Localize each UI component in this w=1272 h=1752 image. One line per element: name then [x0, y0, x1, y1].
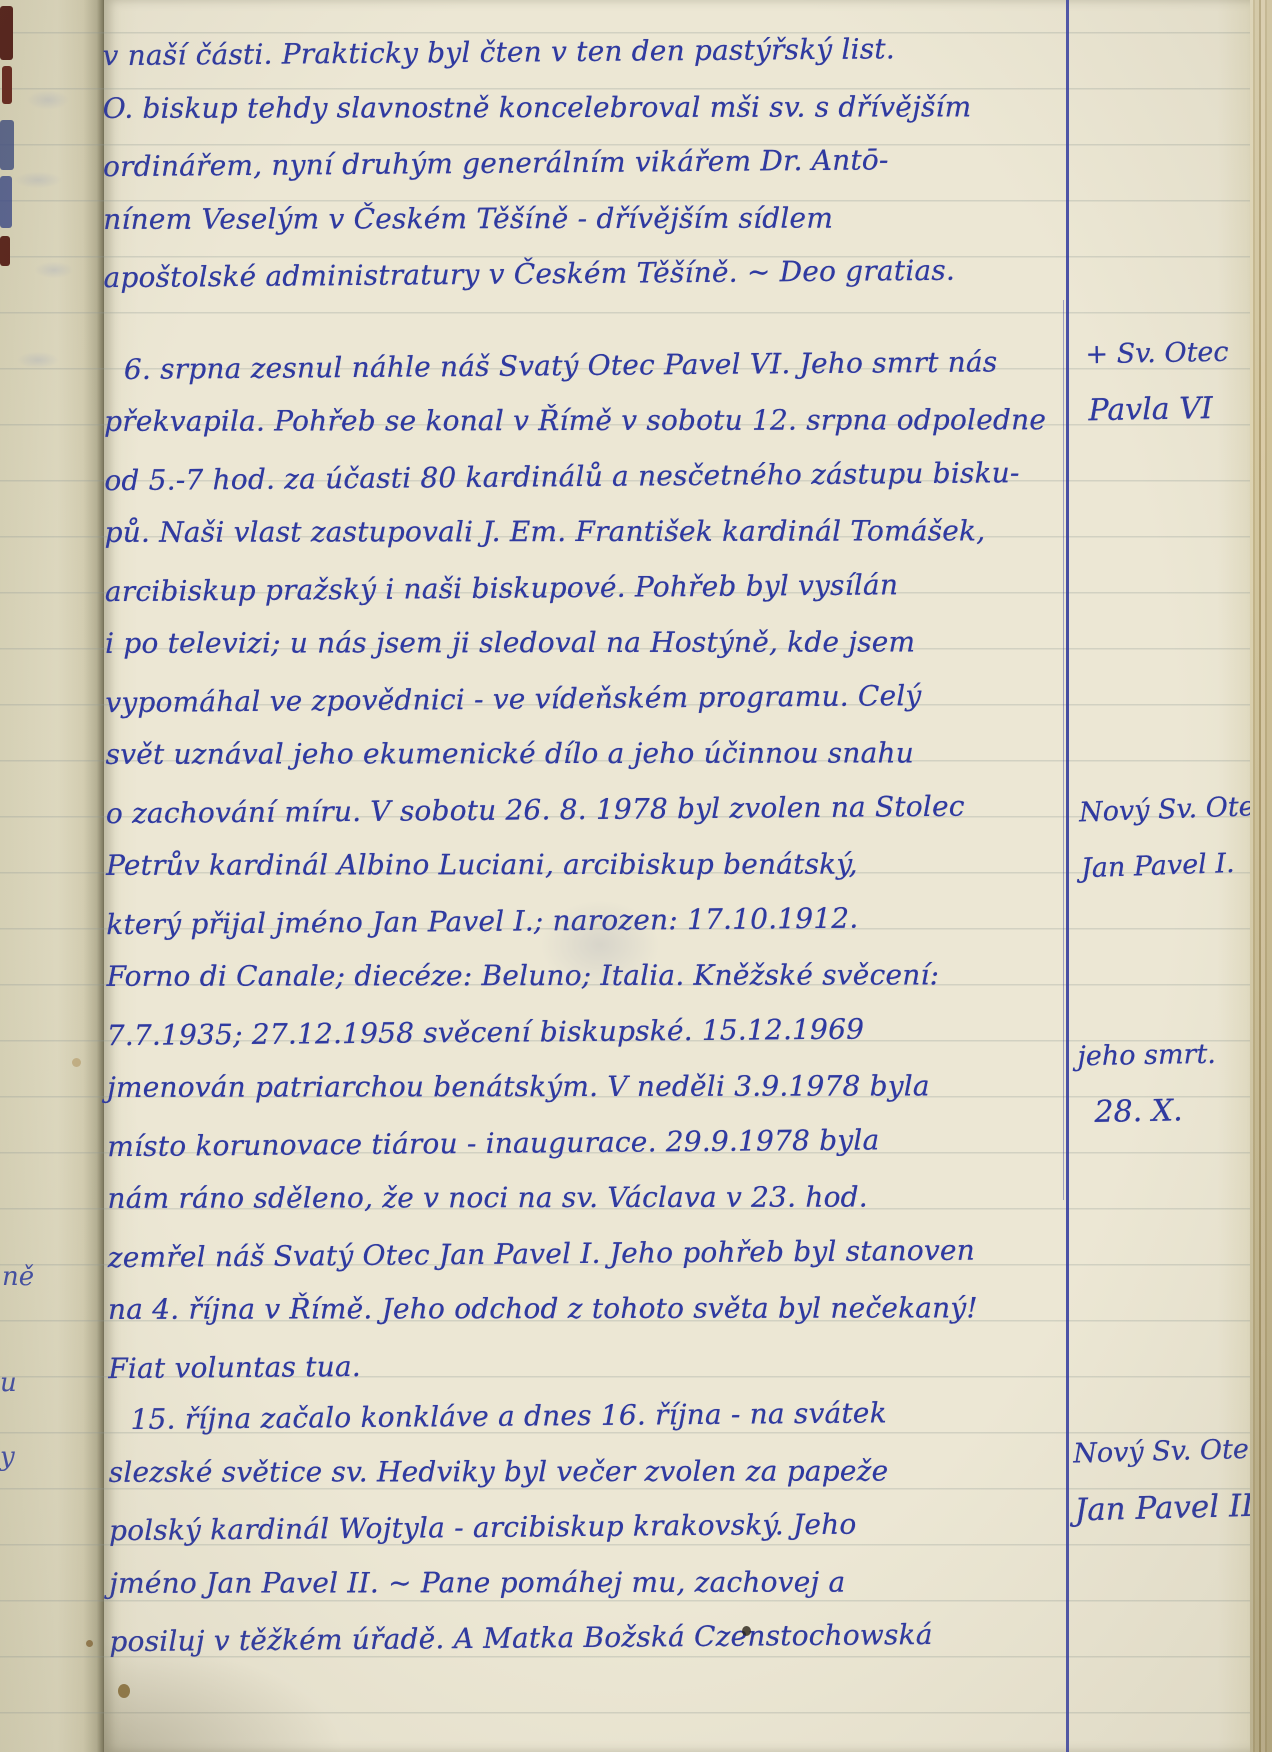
margin-note-line: jeho smrt. — [1077, 1039, 1216, 1072]
page-edge-mark — [0, 176, 12, 228]
margin-note-line: Jan Pavel I. — [1080, 835, 1272, 898]
handwritten-line: jmenován patriarchou benátským. V neděli… — [107, 1058, 1059, 1115]
page-edge-mark — [0, 236, 10, 266]
handwritten-line: překvapila. Pohřeb se konal v Římě v sob… — [104, 392, 1056, 449]
page-edge-mark — [0, 6, 13, 60]
ink-blot — [742, 1626, 751, 1636]
handwritten-line: i po televizi; u nás jsem ji sledoval na… — [105, 614, 1057, 671]
paragraph: v naší části. Prakticky byl čten v ten d… — [102, 22, 1055, 304]
handwritten-line: nínem Veselým v Českém Těšíně - dřívější… — [103, 190, 1055, 247]
handwritten-line: 7.7.1935; 27.12.1958 svěcení biskupské. … — [107, 999, 1059, 1063]
margin-note-new-pope-jp2: Nový Sv. Otec Jan Pavel II — [1073, 1422, 1267, 1539]
edge-text-fragment: y — [0, 1442, 15, 1472]
scanned-chronicle-page: { "document": { "description": "Handwrit… — [0, 0, 1272, 1752]
paper-stain — [72, 1058, 81, 1067]
paragraph: 15. října začalo konkláve a dnes 16. říj… — [108, 1386, 1061, 1668]
handwritten-line: slezské světice sv. Hedviky byl večer zv… — [109, 1443, 1061, 1500]
margin-rule-line — [1066, 0, 1069, 1752]
handwritten-line: vypomáhal ve zpovědnici - ve vídeňském p… — [105, 666, 1057, 730]
handwritten-text: v naší části. Prakticky byl čten v ten d… — [102, 22, 1061, 1668]
margin-note-line: 28. X. — [1078, 1083, 1217, 1141]
handwritten-line: O. biskup tehdy slavnostně koncelebroval… — [103, 79, 1055, 136]
handwritten-line: 15. října začalo konkláve a dnes 16. říj… — [108, 1384, 1060, 1448]
page-corner-shadow — [104, 1632, 364, 1752]
handwritten-line: od 5.-7 hod. za účasti 80 kardinálů a ne… — [104, 444, 1056, 508]
margin-note-his-death: jeho smrt. 28. X. — [1077, 1027, 1217, 1141]
handwritten-line: Petrův kardinál Albino Luciani, arcibisk… — [106, 836, 1058, 893]
handwritten-line: svět uznával jeho ekumenické dílo a jeho… — [106, 725, 1058, 782]
edge-text-fragment: ně — [2, 1262, 34, 1292]
handwritten-line: o zachování míru. V sobotu 26. 8. 1978 b… — [106, 777, 1058, 841]
margin-note-line: Jan Pavel II — [1074, 1478, 1266, 1539]
handwritten-line: jméno Jan Pavel II. ~ Pane pomáhej mu, z… — [109, 1554, 1061, 1611]
handwritten-line: zemřel náš Svatý Otec Jan Pavel I. Jeho … — [108, 1221, 1060, 1285]
ink-bleed-through — [8, 60, 88, 420]
previous-page-edge: ně u y — [0, 0, 104, 1752]
page-edge-mark — [2, 66, 12, 104]
paragraph: 6. srpna zesnul náhle náš Svatý Otec Pav… — [104, 335, 1061, 1394]
margin-note-line: + Sv. Otec — [1085, 337, 1229, 370]
margin-note-line: Nový Sv. Otec — [1073, 1434, 1265, 1470]
handwritten-line: polský kardinál Wojtyla - arcibiskup kra… — [109, 1495, 1061, 1559]
handwritten-line: v naší části. Prakticky byl čten v ten d… — [102, 20, 1054, 84]
handwritten-line: pů. Naši vlast zastupovali J. Em. Franti… — [105, 503, 1057, 560]
handwritten-line: 6. srpna zesnul náhle náš Svatý Otec Pav… — [104, 333, 1056, 397]
handwritten-line: nám ráno sděleno, že v noci na sv. Václa… — [107, 1169, 1059, 1226]
handwritten-line: apoštolské administratury v Českém Těšín… — [103, 242, 1055, 306]
paper-stain — [86, 1640, 93, 1647]
paper-smudge — [540, 900, 660, 990]
handwritten-line: na 4. října v Římě. Jeho odchod z tohoto… — [108, 1280, 1060, 1337]
margin-note-death-paul-vi: + Sv. Otec Pavla VI — [1085, 325, 1230, 439]
handwritten-line: místo korunovace tiárou - inaugurace. 29… — [107, 1110, 1059, 1174]
edge-text-fragment: u — [0, 1368, 17, 1398]
page-stack-edge — [1250, 0, 1272, 1752]
page-edge-mark — [0, 120, 14, 170]
margin-note-new-pope-jp1: Nový Sv. Otec Jan Pavel I. — [1078, 779, 1272, 898]
margin-note-line: Pavla VI — [1086, 381, 1230, 439]
handwritten-line: arcibiskup pražský i naši biskupové. Poh… — [105, 555, 1057, 619]
handwritten-line: ordinářem, nyní druhým generálním vikáře… — [103, 131, 1055, 195]
margin-note-line: Nový Sv. Otec — [1079, 791, 1271, 829]
